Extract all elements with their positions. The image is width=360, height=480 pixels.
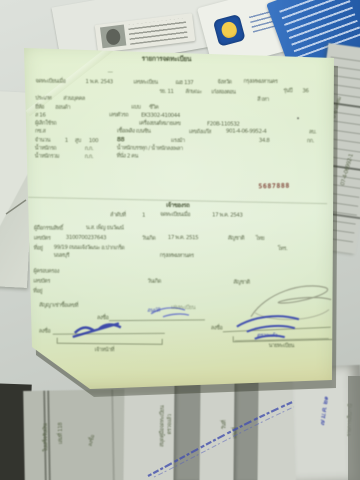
text-line: เชื้อเพลิง เบนซิน	[117, 128, 151, 134]
text-line: เก๋งสองตอน	[211, 89, 235, 95]
text-line: ก.ก.	[85, 146, 94, 152]
text-line: นนทบุรี	[54, 253, 70, 259]
registration-document: รายการจดทะเบียน—จดทะเบียนเมื่อ1 พ.ค. 254…	[20, 42, 338, 392]
text-line: ก.ก.	[85, 154, 94, 160]
text-line: สัญชาติ	[228, 236, 244, 242]
text-line: เล่มทะเบียน	[171, 305, 195, 311]
text-line: F20B-110532	[207, 121, 240, 127]
text-line: รุ่นปี	[283, 88, 292, 94]
text-line: 1	[65, 138, 68, 144]
text-line: เลขตัวรถ	[109, 112, 128, 118]
text-line: น.ส. เพ็ญ ธนวัฒน์	[86, 225, 124, 231]
receipt-rule	[111, 389, 114, 480]
text-line: สัญชาติ	[233, 280, 249, 286]
handwriting-blue: ๗ ม.ค. ๒๑	[319, 396, 329, 425]
text-line: รย. 11	[159, 89, 173, 95]
text-line: ยี่ห้อ	[35, 104, 44, 110]
text-line: ที่อยู่	[34, 245, 43, 251]
text-line: 1	[142, 213, 145, 219]
text-line: สัญญาเช่าซื้อเลขที่	[39, 303, 78, 309]
text-line: ลงชื่อ	[97, 315, 109, 321]
text-line: ผู้เลิกใช้รถ	[35, 120, 56, 126]
text-line: จดทะเบียนเมื่อ	[35, 78, 65, 84]
text-line: 36	[302, 88, 308, 94]
text-line: ลงชื่อ	[39, 329, 51, 335]
text-line: ผู้ถือกรรมสิทธิ์	[34, 225, 63, 231]
bank-logo-icon	[213, 14, 246, 47]
text-line: ที่นั่ง 2 คน	[117, 153, 138, 159]
text-line: จดทะเบียนเมื่อ	[160, 212, 190, 218]
text-line: แบบ	[131, 104, 140, 110]
text-line: จังหวัด	[217, 79, 231, 85]
text-line: ฌฮ 137	[175, 80, 193, 86]
text-line: ส 16	[35, 112, 46, 118]
text-line: EK3302-410044	[141, 113, 180, 119]
text-line: 99/19 ถนนแจ้งวัฒนะ อ.ปากเกร็ด	[54, 245, 125, 252]
text-line: ผู้ครอบครอง	[33, 268, 59, 274]
text-line: น้ำหนักรถ	[35, 145, 57, 151]
text-line: เลขถังแก๊ส	[189, 129, 211, 135]
id-card-text-lines	[128, 18, 188, 45]
text-line: ลบ.	[309, 129, 316, 135]
text-line: —	[107, 69, 112, 75]
text-line: สี เทา	[257, 97, 269, 103]
text-line: เล่มที่ 118	[58, 423, 64, 445]
serial-stamp: 5687888	[258, 183, 290, 190]
text-line: ไทย	[256, 236, 264, 242]
text-line: 901-4-06-9952-4	[226, 128, 266, 134]
text-line: กรุงเทพมหานคร	[160, 253, 194, 259]
text-line: ประเภท	[35, 95, 51, 101]
text-line: ลงชื่อ	[88, 435, 97, 448]
text-line: ที่อยู่	[33, 288, 42, 294]
photo-scene: ป้ายวงกลม07-4-06992-1 ใบเสร็จรับเงินเล่ม…	[0, 0, 360, 480]
text-line: 100	[89, 138, 98, 144]
text-line: เครื่องยนต์หมายเลข	[139, 121, 181, 127]
text-line: เลขบัตร	[34, 235, 51, 241]
text-line: น้ำหนักบรรทุก / น้ำหนักลงเพลา	[117, 145, 183, 152]
text-line: วันเกิด	[147, 279, 161, 285]
blue-signature	[73, 323, 121, 338]
text-line: ส่วนบุคคล	[63, 96, 85, 102]
text-line: จำนวน	[35, 137, 50, 143]
text-line: กก.	[307, 138, 314, 144]
text-line: กรุงเทพมหานคร	[243, 79, 277, 85]
text-line: 88	[117, 137, 125, 143]
text-line: เลขทะเบียน	[133, 80, 157, 86]
text-line: ลักษณะ	[185, 89, 201, 95]
text-line: ใบเสร็จรับเงิน	[43, 424, 49, 452]
text-line: 17 พ.ค. 2543	[212, 212, 243, 218]
text-line: ฮอนด้า	[55, 105, 70, 111]
document-content: รายการจดทะเบียน—จดทะเบียนเมื่อ1 พ.ค. 254…	[18, 40, 340, 393]
text-line: 34.8	[259, 138, 270, 144]
handwriting-blue: ตรวจแล้ว	[257, 333, 277, 339]
corner-shadow	[348, 376, 360, 480]
handwriting-blue: อนุมัติ	[147, 308, 160, 314]
text-line: นายทะเบียน	[269, 343, 294, 349]
id-card-photo	[100, 25, 126, 49]
text-line: วันเกิด	[142, 236, 156, 242]
text-line: เลขบัตร	[33, 278, 50, 284]
text-line: สูบ	[75, 138, 81, 144]
pencil-signature	[251, 285, 331, 317]
section-title: เจ้าของรถ	[166, 203, 189, 209]
text-line: เจ้าหน้าที่	[95, 347, 115, 353]
text-line: น้ำหนักรวม	[35, 153, 59, 159]
text-line: 3100700237643	[66, 235, 106, 241]
text-line: ลำดับที่	[110, 212, 126, 218]
text-line: 17 พ.ค. 2515	[168, 235, 199, 241]
text-line: กซ.ส	[35, 128, 46, 134]
text-line: แรงม้า	[171, 138, 185, 144]
text-line: ซีวิค	[149, 105, 158, 111]
text-line: ลงชื่อ	[211, 325, 223, 331]
text-line: โทร.	[278, 246, 288, 252]
text-line: 1 พ.ค. 2543	[85, 79, 112, 85]
doc-title: รายการจดทะเบียน	[142, 56, 192, 63]
